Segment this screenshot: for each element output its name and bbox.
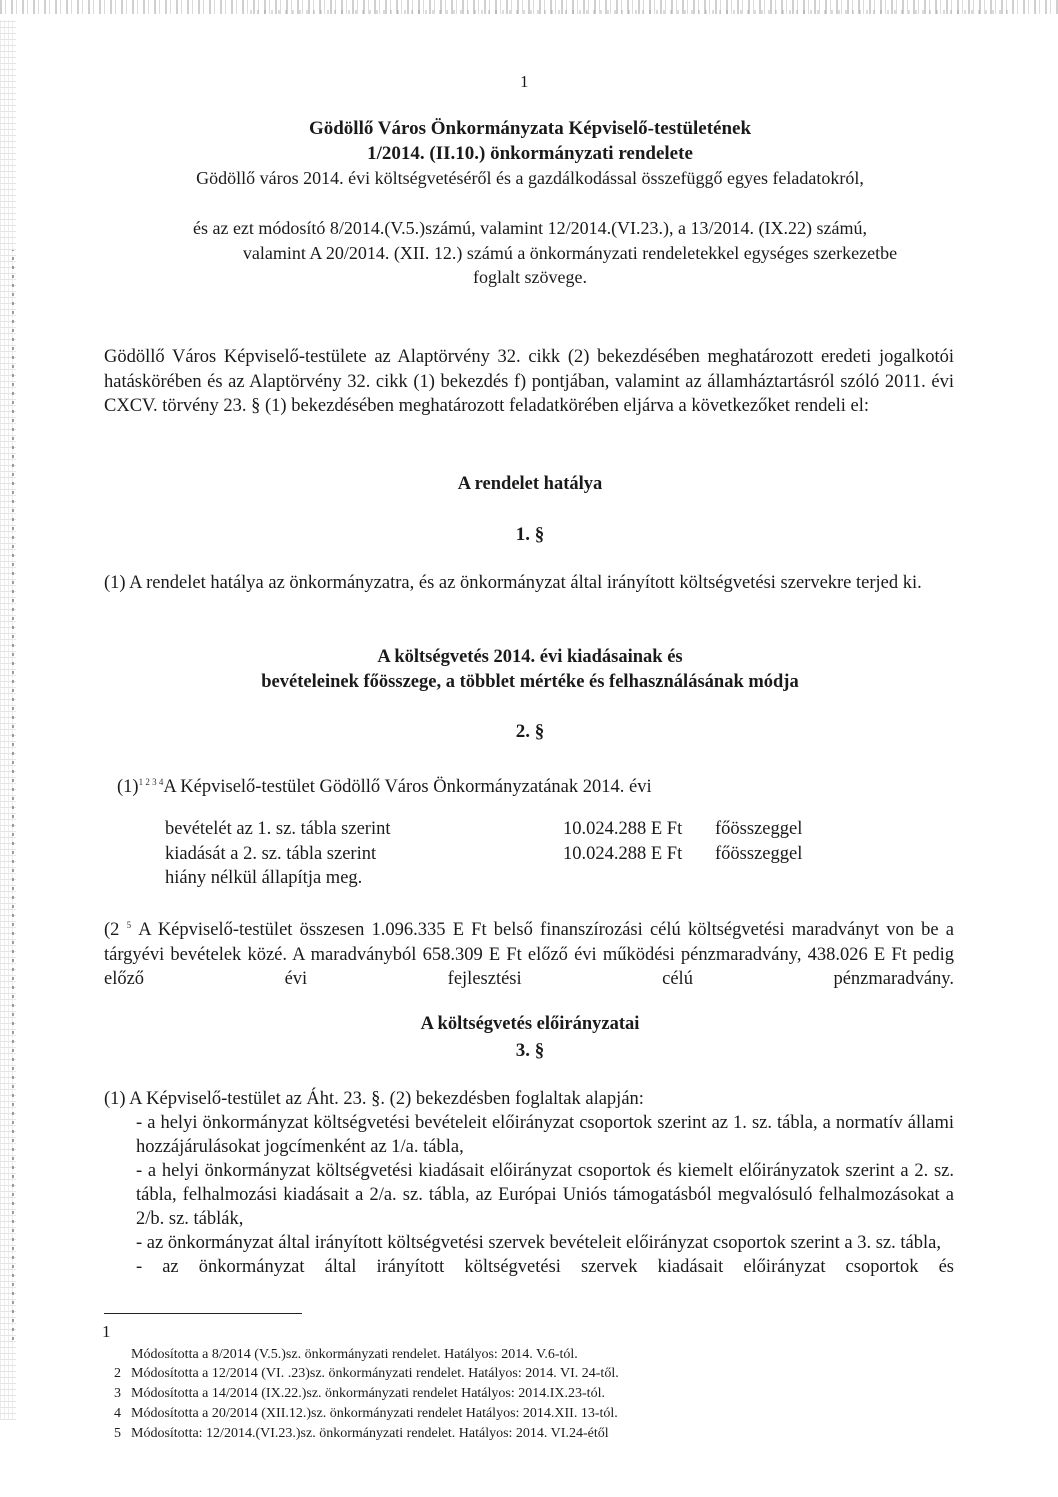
footnote-text: Módosította a 20/2014 (XII.12.)sz. önkor… — [131, 1404, 618, 1424]
paragraph1-text: A Képviselő-testület Gödöllő Város Önkor… — [163, 777, 651, 797]
footnote-number: 5 — [114, 1424, 121, 1444]
footnote-text: Módosította a 12/2014 (VI. .23)sz. önkor… — [131, 1364, 619, 1384]
budget-row-suffix: főösszeggel — [715, 842, 802, 866]
preamble: Gödöllő Város Képviselő-testülete az Ala… — [104, 345, 954, 419]
section2-number: 2. § — [100, 721, 960, 743]
footnote-text: Módosította: 12/2014.(VI.23.)sz. önkormá… — [131, 1424, 609, 1444]
section3-list: (1) A Képviselő-testület az Áht. 23. §. … — [104, 1087, 954, 1279]
list-item: - az önkormányzat által irányított költs… — [104, 1231, 954, 1255]
scan-artifact-top-line — [250, 10, 1010, 14]
paragraph2-text: A Képviselő-testület összesen 1.096.335 … — [104, 920, 954, 989]
section1-number: 1. § — [100, 524, 960, 546]
footnote-number: 3 — [114, 1384, 121, 1404]
list-item: - a helyi önkormányzat költségvetési kia… — [104, 1159, 954, 1231]
budget-closing-text: hiány nélkül állapítja meg. — [165, 866, 362, 890]
section1-paragraph1: (1) A rendelet hatálya az önkormányzatra… — [104, 571, 954, 596]
footnote-number: 4 — [114, 1404, 121, 1424]
amendments-line2: valamint A 20/2014. (XII. 12.) számú a ö… — [140, 242, 1000, 264]
section2-heading-line1: A költségvetés 2014. évi kiadásainak és — [100, 645, 960, 670]
section2-paragraph2: (2 5 A Képviselő-testület összesen 1.096… — [104, 913, 954, 992]
document-title-line1: Gödöllő Város Önkormányzata Képviselő-te… — [100, 117, 960, 141]
paragraph1-prefix: (1) — [117, 777, 139, 797]
footnote-number: 2 — [114, 1364, 121, 1384]
budget-row-label: kiadását a 2. sz. tábla szerint — [165, 842, 376, 866]
page-number: 1 — [520, 72, 529, 92]
budget-row-label: bevételét az 1. sz. tábla szerint — [165, 817, 391, 841]
section3-number: 3. § — [100, 1040, 960, 1062]
budget-row-suffix: főösszeggel — [715, 817, 802, 841]
budget-row-amount: 10.024.288 E Ft — [563, 817, 682, 841]
scan-artifact-left-line — [12, 250, 14, 1340]
footnote-text: Módosította a 14/2014 (IX.22.)sz. önkorm… — [131, 1384, 605, 1404]
footnote-number: 1 — [102, 1322, 111, 1342]
paragraph2-prefix: (2 — [104, 920, 119, 940]
amendments-line1: és az ezt módosító 8/2014.(V.5.)számú, v… — [100, 217, 960, 239]
list-item: - az önkormányzat által irányított költs… — [104, 1255, 954, 1279]
footnote-text: Módosította a 8/2014 (V.5.)sz. önkormány… — [131, 1345, 578, 1365]
budget-row-amount: 10.024.288 E Ft — [563, 842, 682, 866]
section2-paragraph1-intro: (1)1 2 3 4A Képviselő-testület Gödöllő V… — [117, 770, 652, 799]
footnote-divider — [104, 1313, 302, 1314]
footnote-refs[interactable]: 1 2 3 4 — [139, 777, 164, 787]
footnote-ref[interactable]: 5 — [127, 920, 132, 930]
document-title-line2: 1/2014. (II.10.) önkormányzati rendelete — [100, 142, 960, 166]
list-item: - a helyi önkormányzat költségvetési bev… — [104, 1111, 954, 1159]
section2-heading-line2: bevételeinek főösszege, a többlet mérték… — [100, 670, 960, 695]
section1-heading: A rendelet hatálya — [100, 472, 960, 497]
section3-heading: A költségvetés előirányzatai — [100, 1012, 960, 1037]
document-subtitle: Gödöllő város 2014. évi költségvetéséről… — [100, 167, 960, 189]
amendments-line3: foglalt szövege. — [100, 266, 960, 288]
section3-lead: (1) A Képviselő-testület az Áht. 23. §. … — [104, 1087, 954, 1111]
